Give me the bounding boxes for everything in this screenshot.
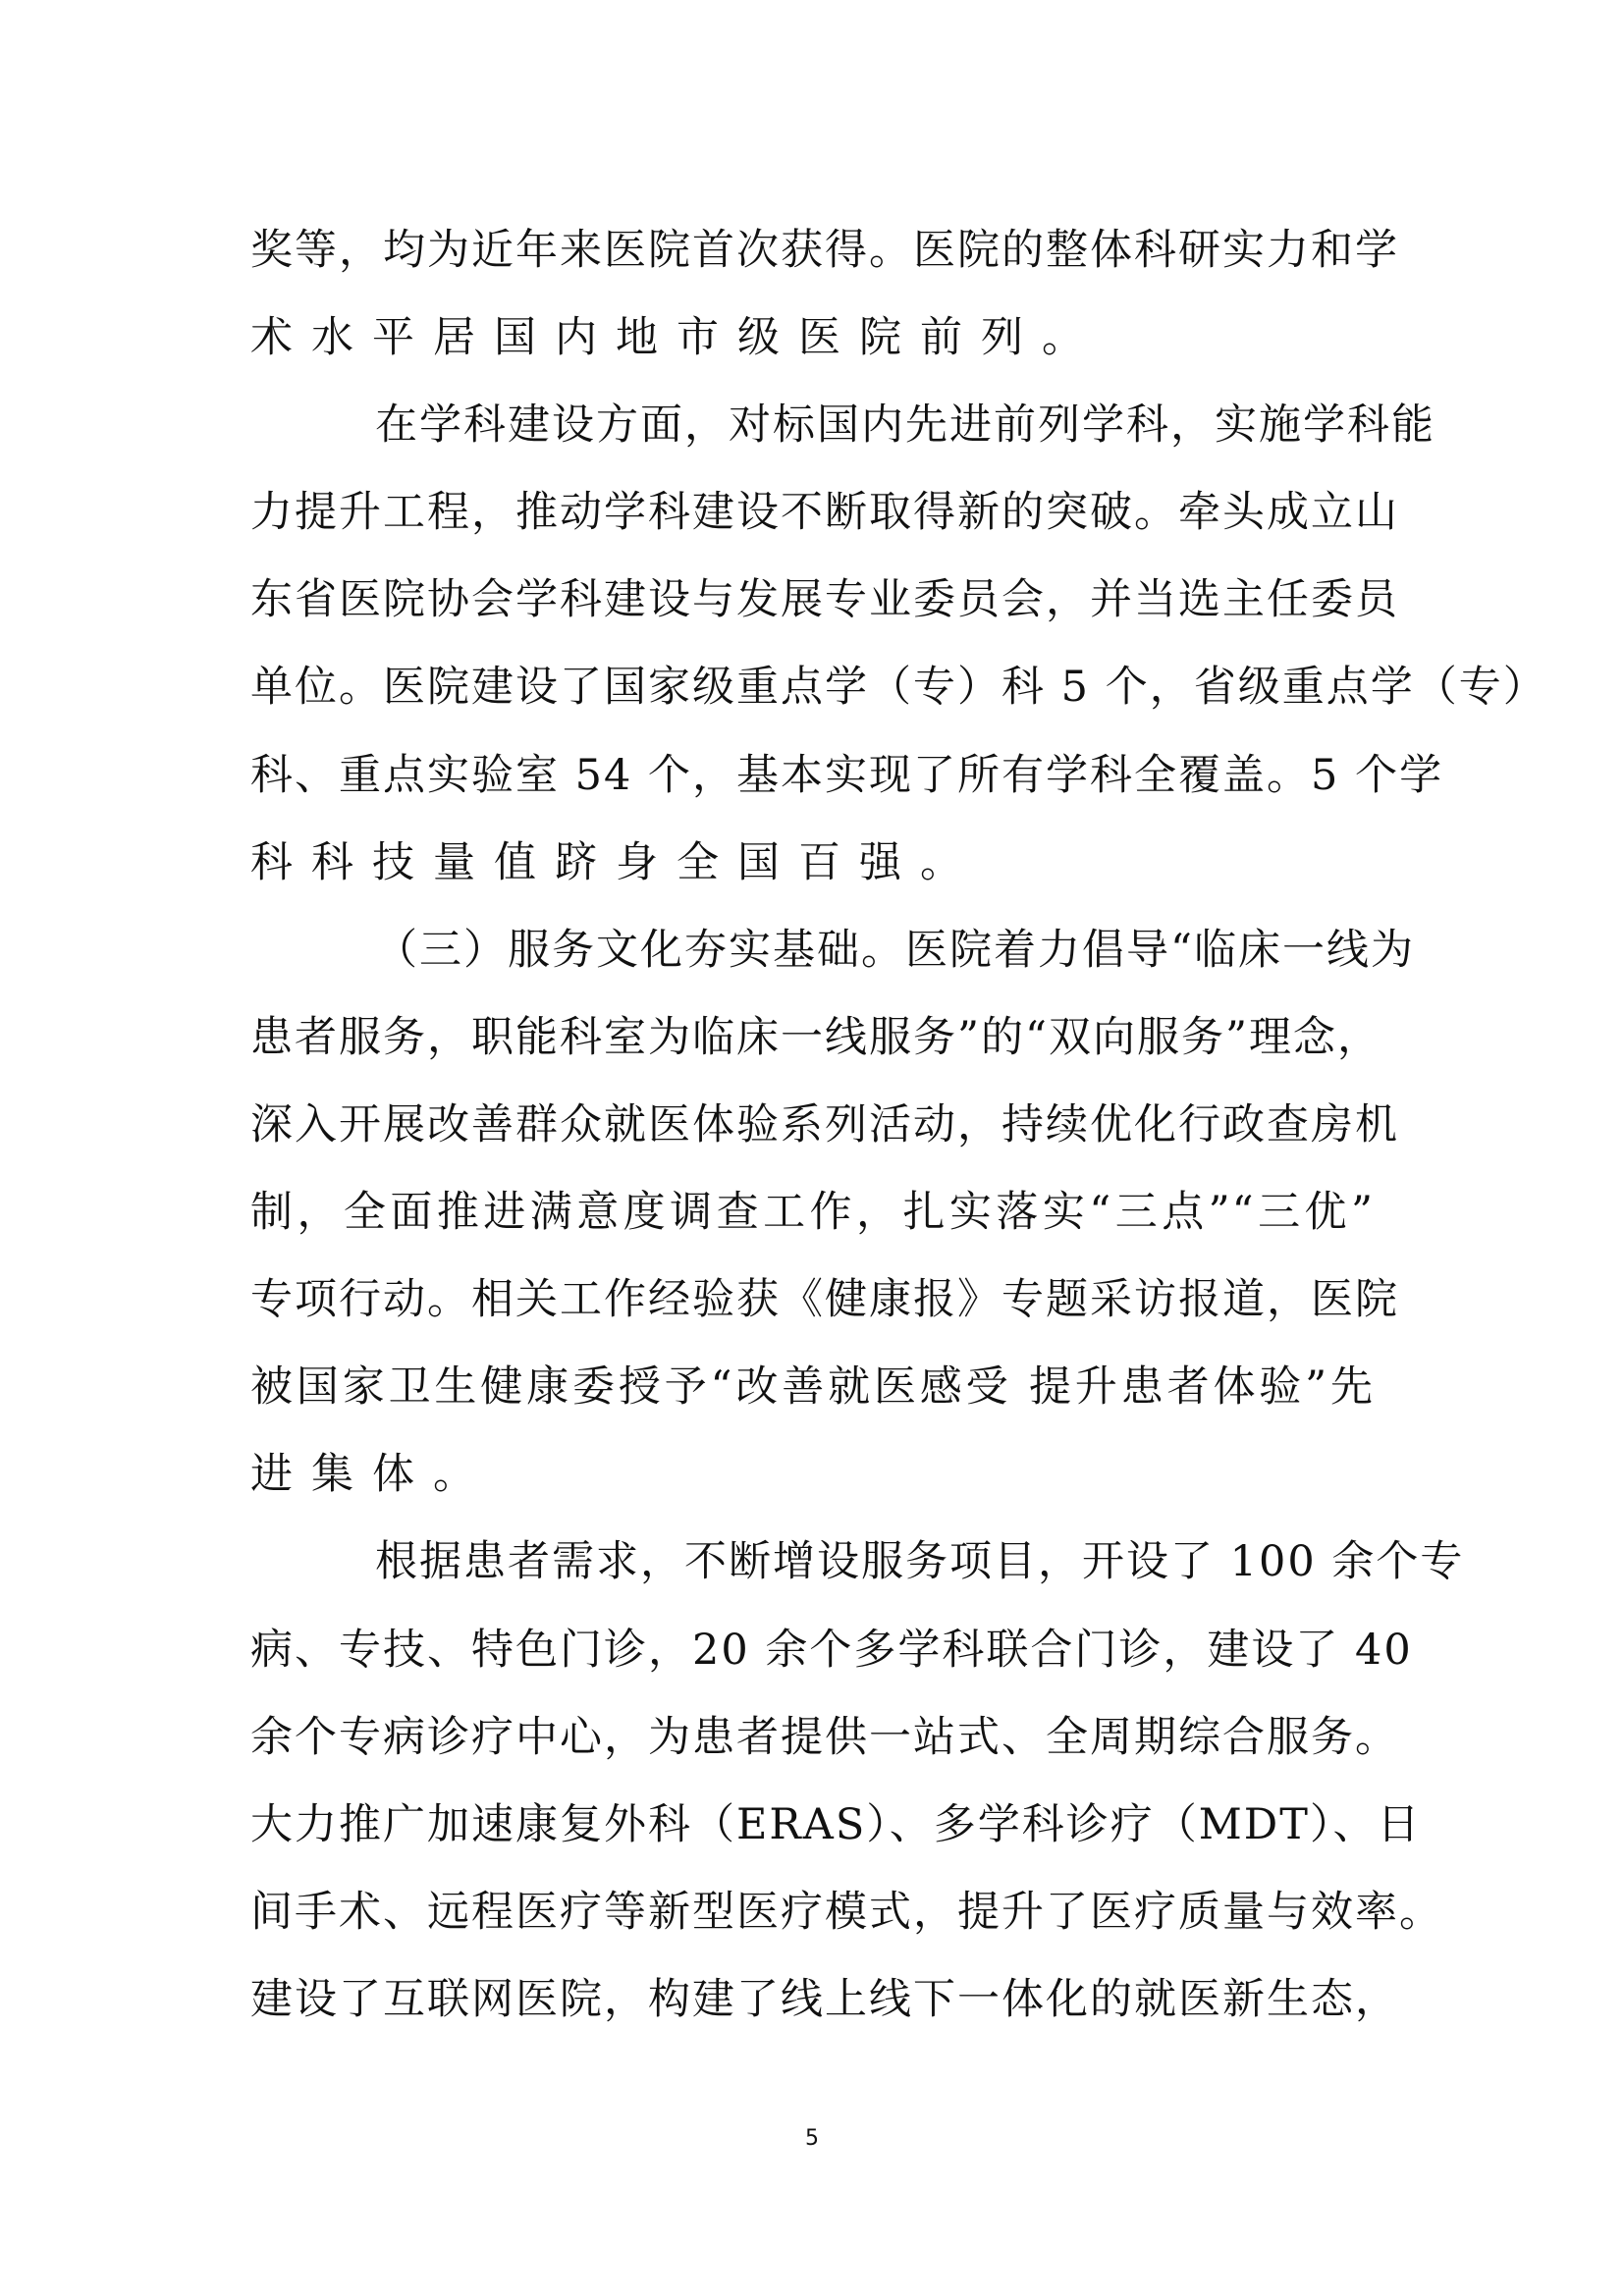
- text-line: 科、重点实验室 54 个，基本实现了所有学科全覆盖。5 个学: [250, 743, 1375, 830]
- text-line: 专项行动。相关工作经验获《健康报》专题采访报道，医院: [250, 1267, 1375, 1355]
- text-line: 病、专技、特色门诊，20 余个多学科联合门诊，建设了 40: [250, 1618, 1375, 1705]
- paragraph-service-items: 根据患者需求，不断增设服务项目，开设了 100 余个专 病、专技、特色门诊，20…: [250, 1529, 1375, 2055]
- text-line: 建设了互联网医院，构建了线上线下一体化的就医新生态，: [250, 1967, 1375, 2055]
- text-line: 患者服务，职能科室为临床一线服务”的“双向服务”理念，: [250, 1005, 1375, 1093]
- paragraph-service-culture: （三）服务文化夯实基础。医院着力倡导“临床一线为 患者服务，职能科室为临床一线服…: [250, 918, 1375, 1530]
- section-heading-line: （三）服务文化夯实基础。医院着力倡导“临床一线为: [250, 918, 1375, 1005]
- text-line: 东省医院协会学科建设与发展专业委员会，并当选主任委员: [250, 567, 1375, 655]
- text-line: 根据患者需求，不断增设服务项目，开设了 100 余个专: [250, 1529, 1375, 1617]
- text-line: 单位。医院建设了国家级重点学（专）科 5 个，省级重点学（专）: [250, 655, 1375, 742]
- text-line: 科科技量值跻身全国百强。: [250, 830, 1375, 918]
- paragraph-research-continuation: 奖等，均为近年来医院首次获得。医院的整体科研实力和学 术水平居国内地市级医院前列…: [250, 218, 1375, 393]
- text-line: 奖等，均为近年来医院首次获得。医院的整体科研实力和学: [250, 218, 1375, 305]
- paragraph-discipline-building: 在学科建设方面，对标国内先进前列学科，实施学科能 力提升工程，推动学科建设不断取…: [250, 393, 1375, 918]
- text-line: 大力推广加速康复外科（ERAS）、多学科诊疗（MDT）、日: [250, 1792, 1375, 1880]
- text-line: 力提升工程，推动学科建设不断取得新的突破。牵头成立山: [250, 480, 1375, 567]
- text-line: 余个专病诊疗中心，为患者提供一站式、全周期综合服务。: [250, 1705, 1375, 1792]
- text-line: 术水平居国内地市级医院前列。: [250, 305, 1375, 393]
- text-line: 制，全面推进满意度调查工作，扎实落实“三点”“三优”: [250, 1180, 1375, 1267]
- text-line: 间手术、远程医疗等新型医疗模式，提升了医疗质量与效率。: [250, 1880, 1375, 1967]
- document-page: 奖等，均为近年来医院首次获得。医院的整体科研实力和学 术水平居国内地市级医院前列…: [0, 0, 1624, 2296]
- text-line: 进集体。: [250, 1442, 1375, 1529]
- text-line: 深入开展改善群众就医体验系列活动，持续优化行政查房机: [250, 1093, 1375, 1180]
- text-line: 被国家卫生健康委授予“改善就医感受 提升患者体验”先: [250, 1355, 1375, 1442]
- body-text: 奖等，均为近年来医院首次获得。医院的整体科研实力和学 术水平居国内地市级医院前列…: [250, 218, 1375, 2055]
- text-line: 在学科建设方面，对标国内先进前列学科，实施学科能: [250, 393, 1375, 480]
- page-number: 5: [0, 2126, 1624, 2151]
